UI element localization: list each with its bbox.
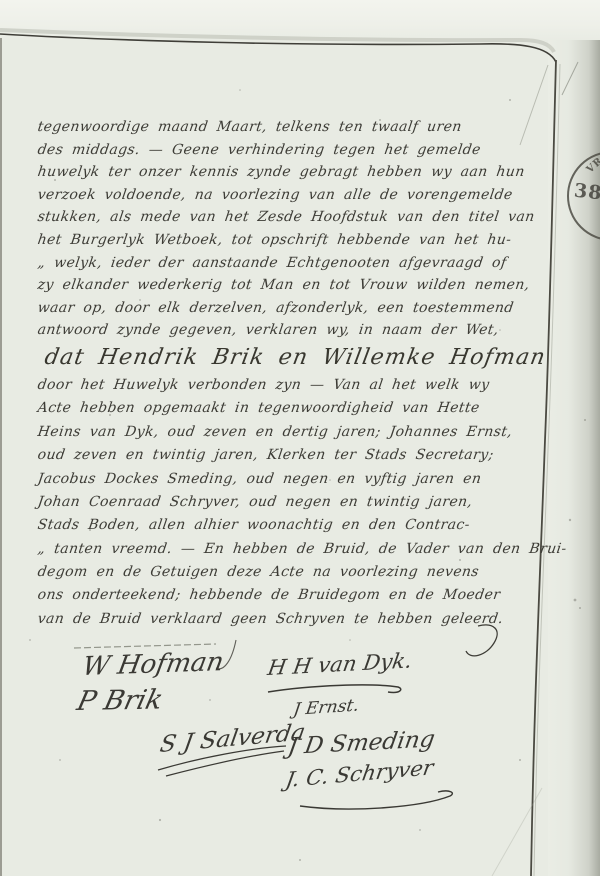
stamp-letters: VR bbox=[585, 155, 600, 175]
signature-flourish bbox=[300, 791, 452, 809]
scanned-document-page: VR 38 tegenwoordige maand Maart, telkens… bbox=[0, 0, 600, 876]
manuscript-line: ons onderteekend; hebbende de Bruidegom … bbox=[36, 584, 535, 607]
manuscript-line: tegenwoordige maand Maart, telkens ten t… bbox=[36, 116, 535, 139]
manuscript-line: zy elkander wederkerig tot Man en tot Vr… bbox=[36, 274, 535, 297]
manuscript-line: antwoord zynde gegeven, verklaren wy, in… bbox=[36, 319, 535, 342]
manuscript-line: stukken, als mede van het Zesde Hoofdstu… bbox=[36, 206, 535, 229]
signature-jc-schryver: J. C. Schryver bbox=[284, 755, 435, 792]
manuscript-line: huwelyk ter onzer kennis zynde gebragt h… bbox=[36, 161, 535, 184]
manuscript-line: Johan Coenraad Schryver, oud negen en tw… bbox=[36, 491, 535, 514]
signature-flourish bbox=[268, 685, 401, 693]
manuscript-line: „ welyk, ieder der aanstaande Echtgenoot… bbox=[36, 252, 535, 275]
scratch-mark bbox=[492, 788, 542, 876]
signature-hh-van-dyk: H H van Dyk. bbox=[266, 649, 414, 680]
manuscript-line: verzoek voldoende, na voorlezing van all… bbox=[36, 184, 535, 207]
manuscript-line: „ tanten vreemd. — En hebben de Bruid, d… bbox=[36, 538, 535, 561]
manuscript-line: oud zeven en twintig jaren, Klerken ter … bbox=[36, 444, 535, 467]
manuscript-line: des middags. — Geene verhindering tegen … bbox=[36, 139, 535, 162]
top-page-edge bbox=[0, 0, 600, 40]
manuscript-line: Jacobus Dockes Smeding, oud negen en vyf… bbox=[36, 468, 535, 491]
signature-jd-smeding: J D Smeding bbox=[286, 726, 437, 760]
manuscript-line: het Burgerlyk Wetboek, tot opschrift heb… bbox=[36, 229, 535, 252]
manuscript-line: Acte hebben opgemaakt in tegenwoordighei… bbox=[36, 397, 535, 420]
manuscript-body: tegenwoordige maand Maart, telkens ten t… bbox=[36, 116, 532, 631]
manuscript-line: door het Huwelyk verbonden zyn — Van al … bbox=[36, 374, 535, 397]
signature-j-ernst: J Ernst. bbox=[292, 696, 360, 720]
stamp-number: 38 bbox=[573, 180, 600, 205]
manuscript-line: van de Bruid verklaard geen Schryven te … bbox=[36, 608, 535, 631]
signature-w-hofman: W Hofman bbox=[80, 647, 226, 682]
signature-p-brik: P Brik bbox=[74, 685, 166, 717]
manuscript-line: degom en de Getuigen deze Acte na voorle… bbox=[36, 561, 535, 584]
manuscript-line: Stads Boden, allen alhier woonachtig en … bbox=[36, 514, 535, 537]
spouses-names-line: dat Hendrik Brik en Willemke Hofman bbox=[36, 342, 538, 374]
manuscript-line: waar op, door elk derzelven, afzonderlyk… bbox=[36, 297, 535, 320]
signature-sj-salverda: S J Salverda bbox=[158, 720, 307, 758]
manuscript-line: Heins van Dyk, oud zeven en dertig jaren… bbox=[36, 421, 535, 444]
